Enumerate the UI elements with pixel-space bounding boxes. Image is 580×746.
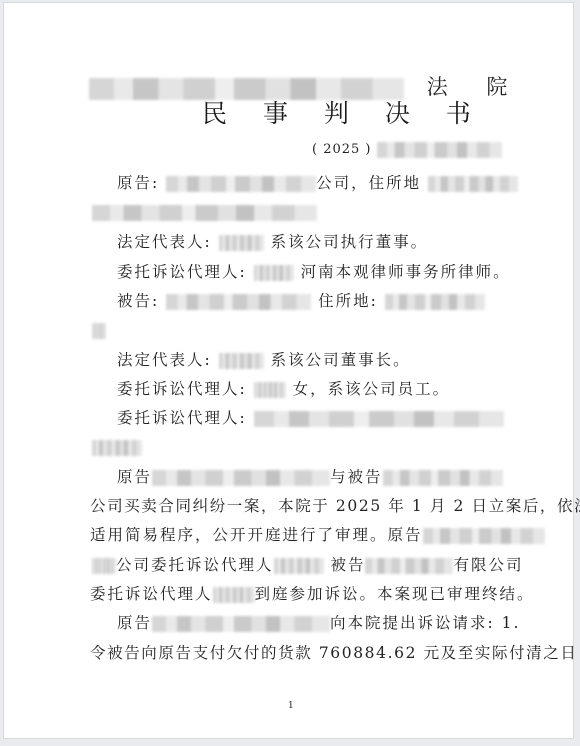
defendant-agent-1: 委托诉讼代理人: 女，系该公司员工。 xyxy=(117,379,450,399)
redacted xyxy=(166,176,316,192)
redacted xyxy=(385,294,485,310)
defendant-legal-rep: 法定代表人: 系该公司董事长。 xyxy=(117,350,411,370)
redacted xyxy=(92,440,142,456)
redacted-court-name xyxy=(89,78,404,100)
body-p1-line2: 公司买卖合同纠纷一案，本院于 2025 年 1 月 2 日立案后，依法 xyxy=(90,496,580,516)
plaintiff-legal-rep: 法定代表人: 系该公司执行董事。 xyxy=(117,232,428,252)
defendant-agent-2: 委托诉讼代理人: xyxy=(117,408,504,428)
redacted xyxy=(254,265,294,281)
plaintiff-address-cont xyxy=(92,202,317,222)
plaintiff-agent: 委托诉讼代理人: 河南本观律师事务所律师。 xyxy=(117,262,511,282)
redacted xyxy=(383,470,503,486)
document-page: 法 院 民 事 判 决 书 ( 2025 ) 原告: 公司，住所地 法定代表人:… xyxy=(3,2,574,739)
redacted xyxy=(428,176,518,192)
redacted xyxy=(423,528,545,544)
redacted xyxy=(166,294,311,310)
body-p2-line2: 令被告向原告支付欠付的货款 760884.62 元及至实际付清之日 xyxy=(90,643,577,663)
body-p1-line5: 委托诉讼代理人到庭参加诉讼。本案现已审理终结。 xyxy=(90,584,535,604)
redacted xyxy=(92,205,317,221)
redacted xyxy=(92,558,116,574)
page-number: 1 xyxy=(288,701,294,711)
body-p1-line1: 原告与被告 xyxy=(117,467,503,487)
body-p2-line1: 原告向本院提出诉讼请求: 1. xyxy=(117,613,520,633)
body-p1-line3: 适用简易程序，公开开庭进行了审理。原告 xyxy=(90,525,545,545)
redacted xyxy=(219,353,264,369)
redacted xyxy=(152,470,330,486)
defendant-address-cont xyxy=(92,320,106,340)
redacted xyxy=(254,382,286,398)
document-title: 民 事 判 决 书 xyxy=(202,104,485,124)
plaintiff-line: 原告: 公司，住所地 xyxy=(117,173,518,193)
redacted xyxy=(92,323,106,339)
redacted xyxy=(213,587,255,603)
case-number: ( 2025 ) xyxy=(312,140,502,160)
redacted xyxy=(365,558,453,574)
redacted-case-number xyxy=(377,142,502,158)
court-name: 法 院 xyxy=(89,77,523,100)
defendant-agent-2-cont xyxy=(92,437,142,457)
redacted xyxy=(152,616,330,632)
redacted xyxy=(254,411,504,427)
redacted xyxy=(274,558,324,574)
defendant-line: 被告: 住所地: xyxy=(117,291,485,311)
redacted xyxy=(219,235,264,251)
body-p1-line4: 公司委托诉讼代理人 被告有限公司 xyxy=(92,555,523,575)
